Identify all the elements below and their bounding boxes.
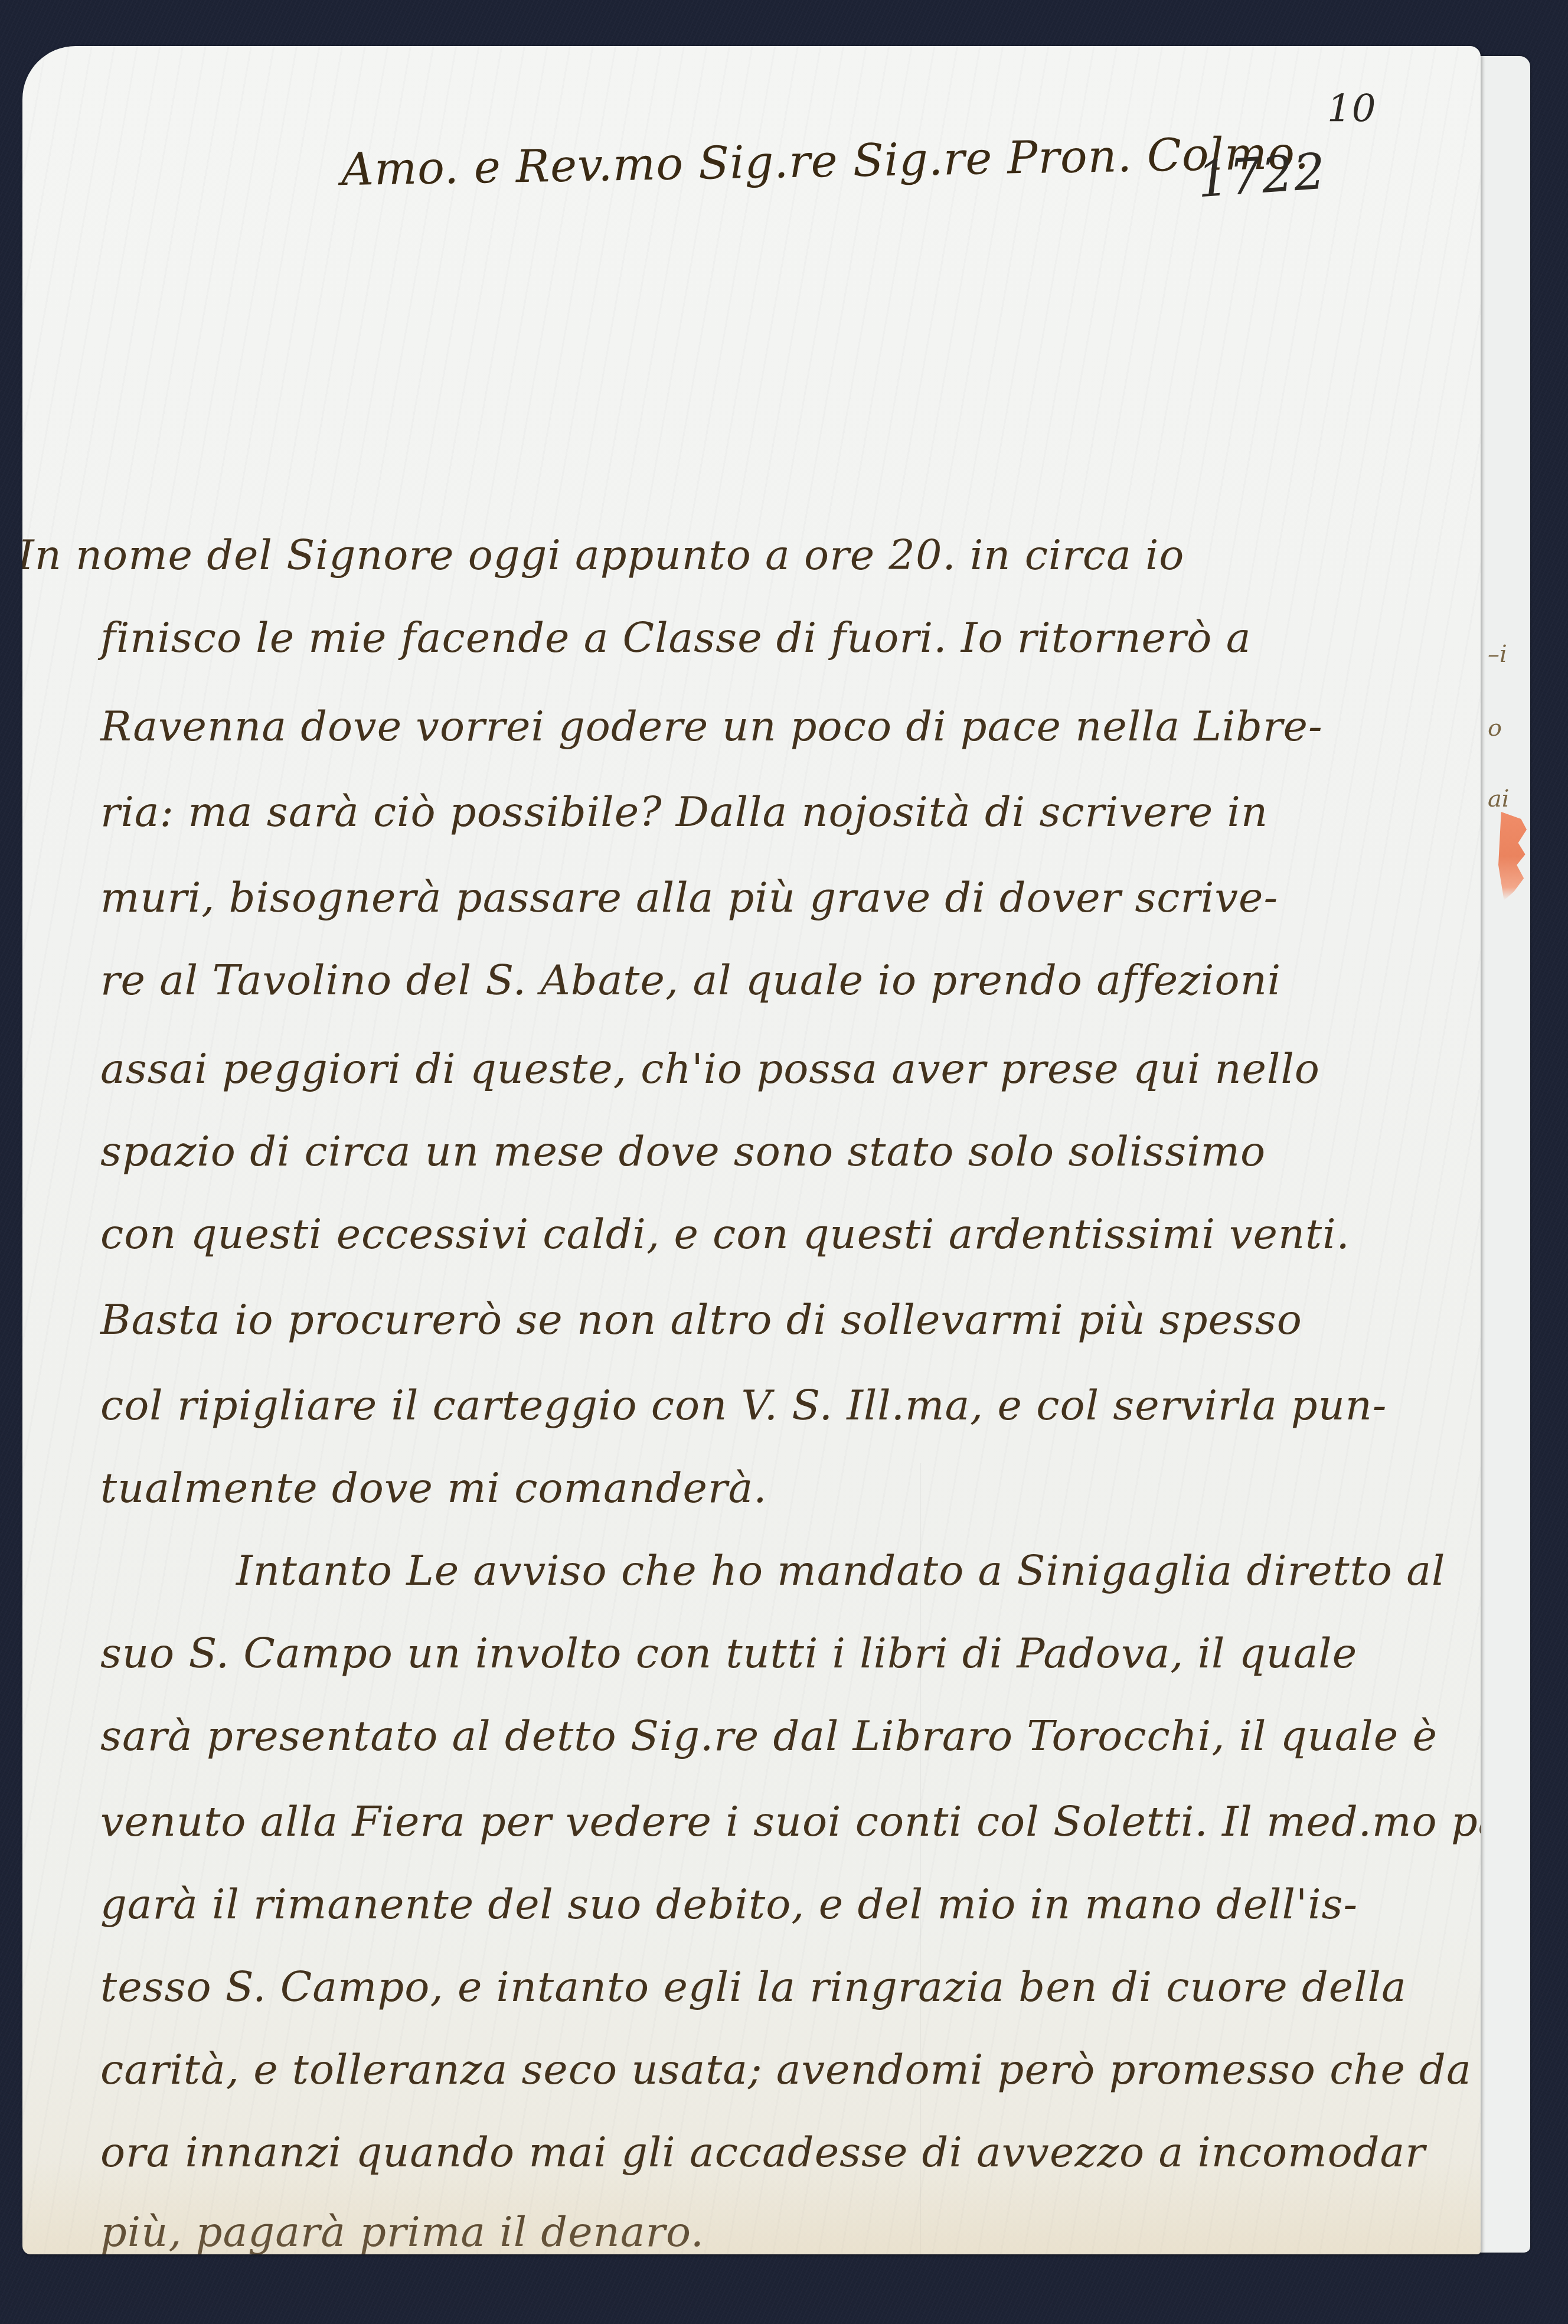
body-line: più, pagarà prima il denaro. <box>100 2211 704 2253</box>
body-line: tualmente dove mi comanderà. <box>100 1467 767 1509</box>
body-line: Intanto Le avviso che ho mandato a Sinig… <box>236 1550 1445 1591</box>
salutation-heading: Amo. e Rev.mo Sig.re Sig.re Pron. Colmo. <box>341 126 1309 196</box>
letter-year: 1722 <box>1195 142 1328 209</box>
body-line: Basta io procurerò se non altro di solle… <box>100 1299 1302 1340</box>
body-line: re al Tavolino del S. Abate, al quale io… <box>100 959 1281 1001</box>
body-line: sarà presentato al detto Sig.re dal Libr… <box>100 1715 1438 1757</box>
body-line: muri, bisognerà passare alla più grave d… <box>100 877 1278 918</box>
body-line: con questi eccessivi caldi, e con questi… <box>100 1213 1350 1255</box>
body-line: suo S. Campo un involto con tutti i libr… <box>100 1633 1357 1674</box>
margin-fragment: ai <box>1488 785 1510 812</box>
margin-fragment: o <box>1488 714 1502 742</box>
margin-fragment: –i <box>1488 641 1507 668</box>
body-line: finisco le mie facende a Classe di fuori… <box>100 617 1252 658</box>
body-line: col ripigliare il carteggio con V. S. Il… <box>100 1385 1387 1426</box>
body-line: ria: ma sarà ciò possibile? Dalla nojosi… <box>100 791 1268 833</box>
body-line: venuto alla Fiera per vedere i suoi cont… <box>100 1801 1481 1842</box>
body-line: ora innanzi quando mai gli accadesse di … <box>100 2132 1426 2173</box>
body-line: Ravenna dove vorrei godere un poco di pa… <box>100 706 1323 747</box>
folio-number: 10 <box>1327 87 1376 131</box>
body-line: spazio di circa un mese dove sono stato … <box>100 1131 1266 1172</box>
body-line: assai peggiori di queste, ch'io possa av… <box>100 1048 1320 1089</box>
body-line: tesso S. Campo, e intanto egli la ringra… <box>100 1966 1407 2008</box>
body-line: In nome del Signore oggi appunto a ore 2… <box>22 534 1184 576</box>
body-line: carità, e tolleranza seco usata; avendom… <box>100 2049 1472 2090</box>
body-line: garà il rimanente del suo debito, e del … <box>100 1884 1358 1925</box>
letter-sheet: 10 Amo. e Rev.mo Sig.re Sig.re Pron. Col… <box>22 46 1481 2254</box>
